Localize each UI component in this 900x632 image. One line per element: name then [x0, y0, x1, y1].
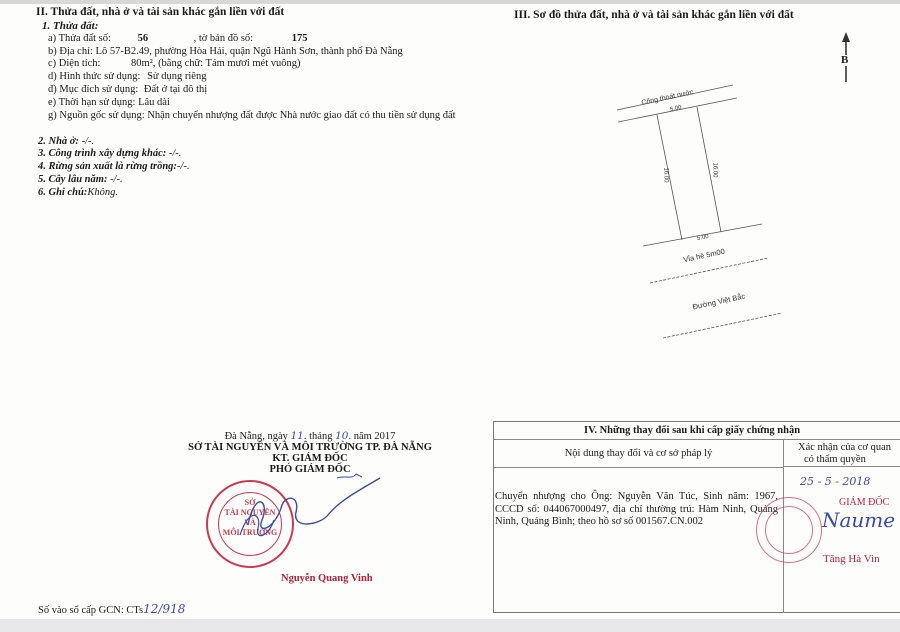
changes-table: IV. Những thay đổi sau khi cấp giấy chứn… — [493, 421, 900, 613]
signer-name: Nguyễn Quang Vinh — [281, 573, 373, 584]
column-header-confirm: Xác nhận của cơ quan có thẩm quyền — [783, 440, 900, 467]
change-entry-content: Chuyển nhượng cho Ông: Nguyễn Văn Túc, S… — [495, 491, 778, 529]
confirm-title: GIÁM ĐỐC — [839, 497, 889, 508]
column-header-content: Nội dung thay đổi và cơ sở pháp lý — [494, 440, 783, 468]
confirm-signer-name: Tăng Hà Vin — [823, 553, 880, 565]
section-4-title: IV. Những thay đổi sau khi cấp giấy chứn… — [494, 422, 900, 440]
bottom-edge — [0, 619, 900, 632]
confirm-signature: Naume — [822, 508, 895, 532]
official-stamp-right — [756, 497, 822, 563]
left-length-label: 16.00 — [663, 167, 669, 182]
gcn-register-number: Số vào sổ cấp GCN: CTs12/918 — [38, 602, 185, 616]
confirm-date: 25 - 5 - 2018 — [800, 475, 870, 488]
land-plot-diagram — [0, 0, 900, 420]
right-length-label: 16.00 — [712, 162, 718, 177]
north-label: B — [841, 55, 848, 66]
